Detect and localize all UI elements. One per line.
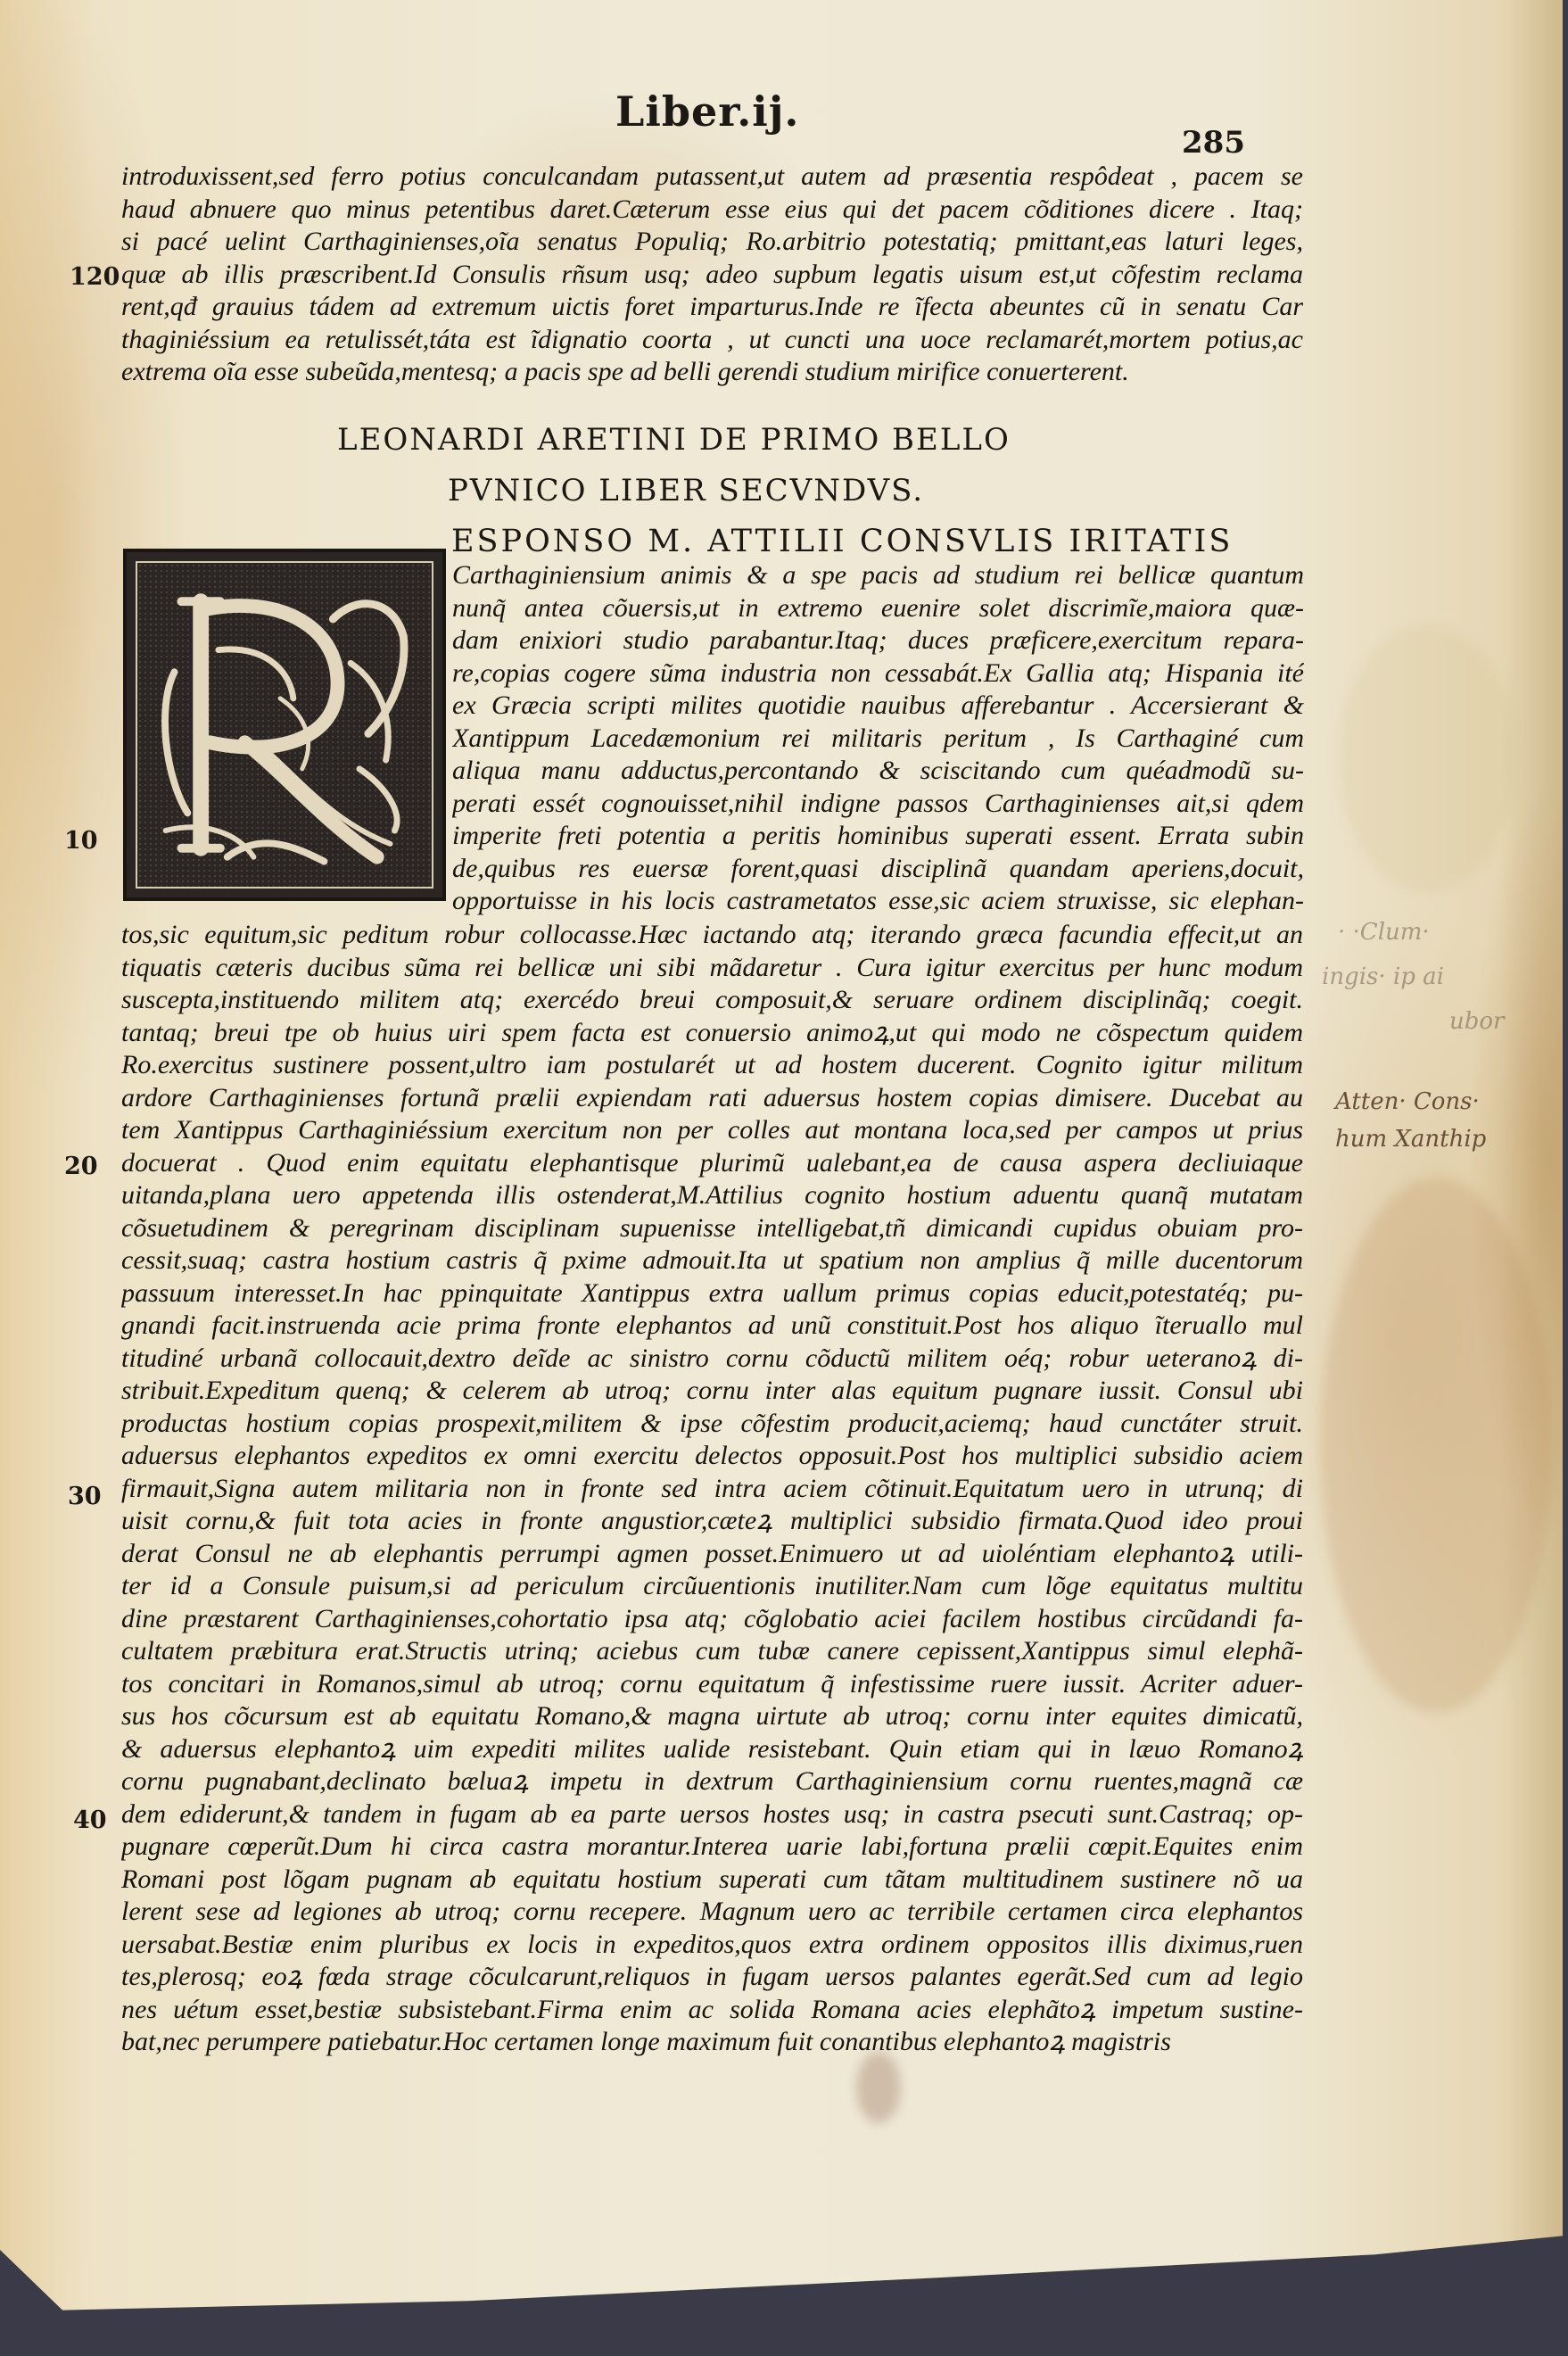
text-line: productas hostium copias prospexit,milit…	[121, 1408, 1303, 1441]
text-line: stribuit.Expeditum quenq; & celerem ab u…	[121, 1375, 1303, 1408]
text-line: passuum interesset.In hac ppinquitate Xa…	[121, 1277, 1303, 1310]
text-line: Carthaginiensium animis & a spe pacis ad…	[452, 559, 1304, 592]
text-line: tes,plerosq; eoꝝ fœda strage cõculcarunt…	[121, 1961, 1303, 1994]
text-line: bat,nec perumpere patiebatur.Hoc certame…	[121, 2026, 1303, 2059]
marginal-note: · ·Clum·	[1338, 919, 1430, 946]
text-line: tos,sic equitum,sic peditum robur colloc…	[121, 919, 1303, 952]
text-line: uisit cornu,& fuit tota acies in fronte …	[121, 1505, 1303, 1538]
water-stain	[1320, 1178, 1552, 1713]
text-line: si pacé uelint Carthaginienses,oĩa senat…	[121, 226, 1303, 259]
text-line: aliqua manu adductus,percontando & scisc…	[452, 755, 1304, 788]
text-line: introduxissent,sed ferro potius conculca…	[121, 161, 1303, 194]
text-line: perati essét cognouisset,nihil indigne p…	[452, 788, 1304, 821]
continued-text-block: introduxissent,sed ferro potius conculca…	[121, 161, 1303, 389]
text-line: nes uétum esset,bestiæ subsistebant.Firm…	[121, 1994, 1303, 2027]
line-number: 30	[68, 1483, 102, 1510]
initial-letter-r-icon	[139, 565, 430, 885]
text-line: haud abnuere quo minus petentibus daret.…	[121, 194, 1303, 227]
text-line: cultatem præbitura erat.Structis utrinq;…	[121, 1635, 1303, 1668]
text-line: re,copias cogere sũma industria non cess…	[452, 657, 1304, 690]
text-line: suscepta,instituendo militem atq; exercé…	[121, 984, 1303, 1017]
text-line: sus hos cõcursum est ab equitatu Romano,…	[121, 1700, 1303, 1733]
text-line: cessit,suaq; castra hostium castris q̃ p…	[121, 1244, 1303, 1277]
text-line: & aduersus elephantoꝝ uim expediti milit…	[121, 1733, 1303, 1766]
indented-text-block: Carthaginiensium animis & a spe pacis ad…	[452, 559, 1304, 918]
line-number: 40	[73, 1806, 107, 1834]
text-line: dam enixiori studio parabantur.Itaq; duc…	[452, 624, 1304, 657]
marginal-note: hum Xanthip	[1335, 1126, 1486, 1153]
text-line: cornu pugnabant,declinato bæluaꝝ impetu …	[121, 1765, 1303, 1798]
opening-caps-line: ESPONSO M. ATTILII CONSVLIS IRITATIS	[451, 524, 1233, 559]
marginal-note: ingis· ip ai	[1322, 963, 1444, 990]
folio-number: 285	[1182, 125, 1245, 161]
text-line: de,quibus res euersæ forent,quasi discip…	[452, 853, 1304, 886]
text-line: tiquatis cæteris ducibus sũma rei bellic…	[121, 952, 1303, 985]
text-line: titudiné urbanã collocauit,dextro deĩde …	[121, 1343, 1303, 1376]
text-line: Ro.exercitus sustinere possent,ultro iam…	[121, 1049, 1303, 1082]
water-stain	[1338, 624, 1516, 892]
running-head: Liber.ij.	[615, 87, 799, 136]
text-line: ter id a Consule puisum,si ad periculum …	[121, 1570, 1303, 1603]
text-line: aduersus elephantos expeditos ex omni ex…	[121, 1440, 1303, 1473]
text-line: lerent sese ad legiones ab utroq; cornu …	[121, 1896, 1303, 1929]
text-line: ardore Carthaginienses fortunã prælii ex…	[121, 1082, 1303, 1115]
text-line: uersabat.Bestiæ enim pluribus ex locis i…	[121, 1929, 1303, 1962]
text-line: docuerat . Quod enim equitatu elephantis…	[121, 1147, 1303, 1180]
text-line: dem ediderunt,& tandem in fugam ab ea pa…	[121, 1798, 1303, 1831]
text-line: derat Consul ne ab elephantis perrumpi a…	[121, 1538, 1303, 1571]
text-line: cõsuetudinem & peregrinam disciplinam su…	[121, 1212, 1303, 1245]
text-line: Xantippum Lacedæmonium rei militaris per…	[452, 723, 1304, 756]
text-line: tos concitari in Romanos,simul ab utroq;…	[121, 1668, 1303, 1701]
text-line: gnandi facit.instruenda acie prima front…	[121, 1310, 1303, 1343]
line-number: 120	[70, 263, 120, 291]
book-page: Liber.ij. 285 introduxissent,sed ferro p…	[0, 0, 1563, 2319]
main-text-block: tos,sic equitum,sic peditum robur colloc…	[121, 919, 1303, 2059]
text-line: rent,qđ grauius tádem ad extremum uictis…	[121, 291, 1303, 324]
text-line: Romani post lõgam pugnam ab equitatu hos…	[121, 1864, 1303, 1897]
text-line: pugnare cœperũt.Dum hi circa castra mora…	[121, 1831, 1303, 1864]
text-line: dine præstarent Carthaginienses,cohortat…	[121, 1603, 1303, 1636]
text-line: thaginiéssium ea retulissét,táta est ĩdi…	[121, 324, 1303, 357]
text-line: opportuisse in his locis castrametatos e…	[452, 885, 1304, 918]
text-line: imperite freti potentia a peritis homini…	[452, 820, 1304, 853]
text-line: tantaq; breui tpe ob huius uiri spem fac…	[121, 1017, 1303, 1050]
spot-stain	[856, 2052, 901, 2123]
text-line: ex Græcia scripti milites quotidie nauib…	[452, 690, 1304, 723]
decorated-initial	[123, 549, 446, 901]
line-number: 20	[64, 1153, 98, 1180]
marginal-note: ubor	[1449, 1008, 1504, 1035]
text-line: firmauit,Signa autem militaria non in fr…	[121, 1473, 1303, 1506]
text-line: nunq̃ antea cõuersis,ut in extremo eueni…	[452, 592, 1304, 625]
text-line: extrema oĩa esse subeũda,mentesq; a paci…	[121, 356, 1303, 389]
line-number: 10	[64, 827, 98, 855]
text-line: quæ ab illis præscribent.Id Consulis rñs…	[121, 259, 1303, 292]
marginal-note: Atten· Cons·	[1335, 1088, 1480, 1115]
chapter-heading-line2: PVNICO LIBER SECVNDVS.	[448, 473, 924, 508]
text-line: tem Xantippus Carthaginiéssium exercitum…	[121, 1114, 1303, 1147]
chapter-heading-line1: LEONARDI ARETINI DE PRIMO BELLO	[337, 422, 1011, 458]
text-line: uitanda,plana uero appetenda illis osten…	[121, 1179, 1303, 1212]
